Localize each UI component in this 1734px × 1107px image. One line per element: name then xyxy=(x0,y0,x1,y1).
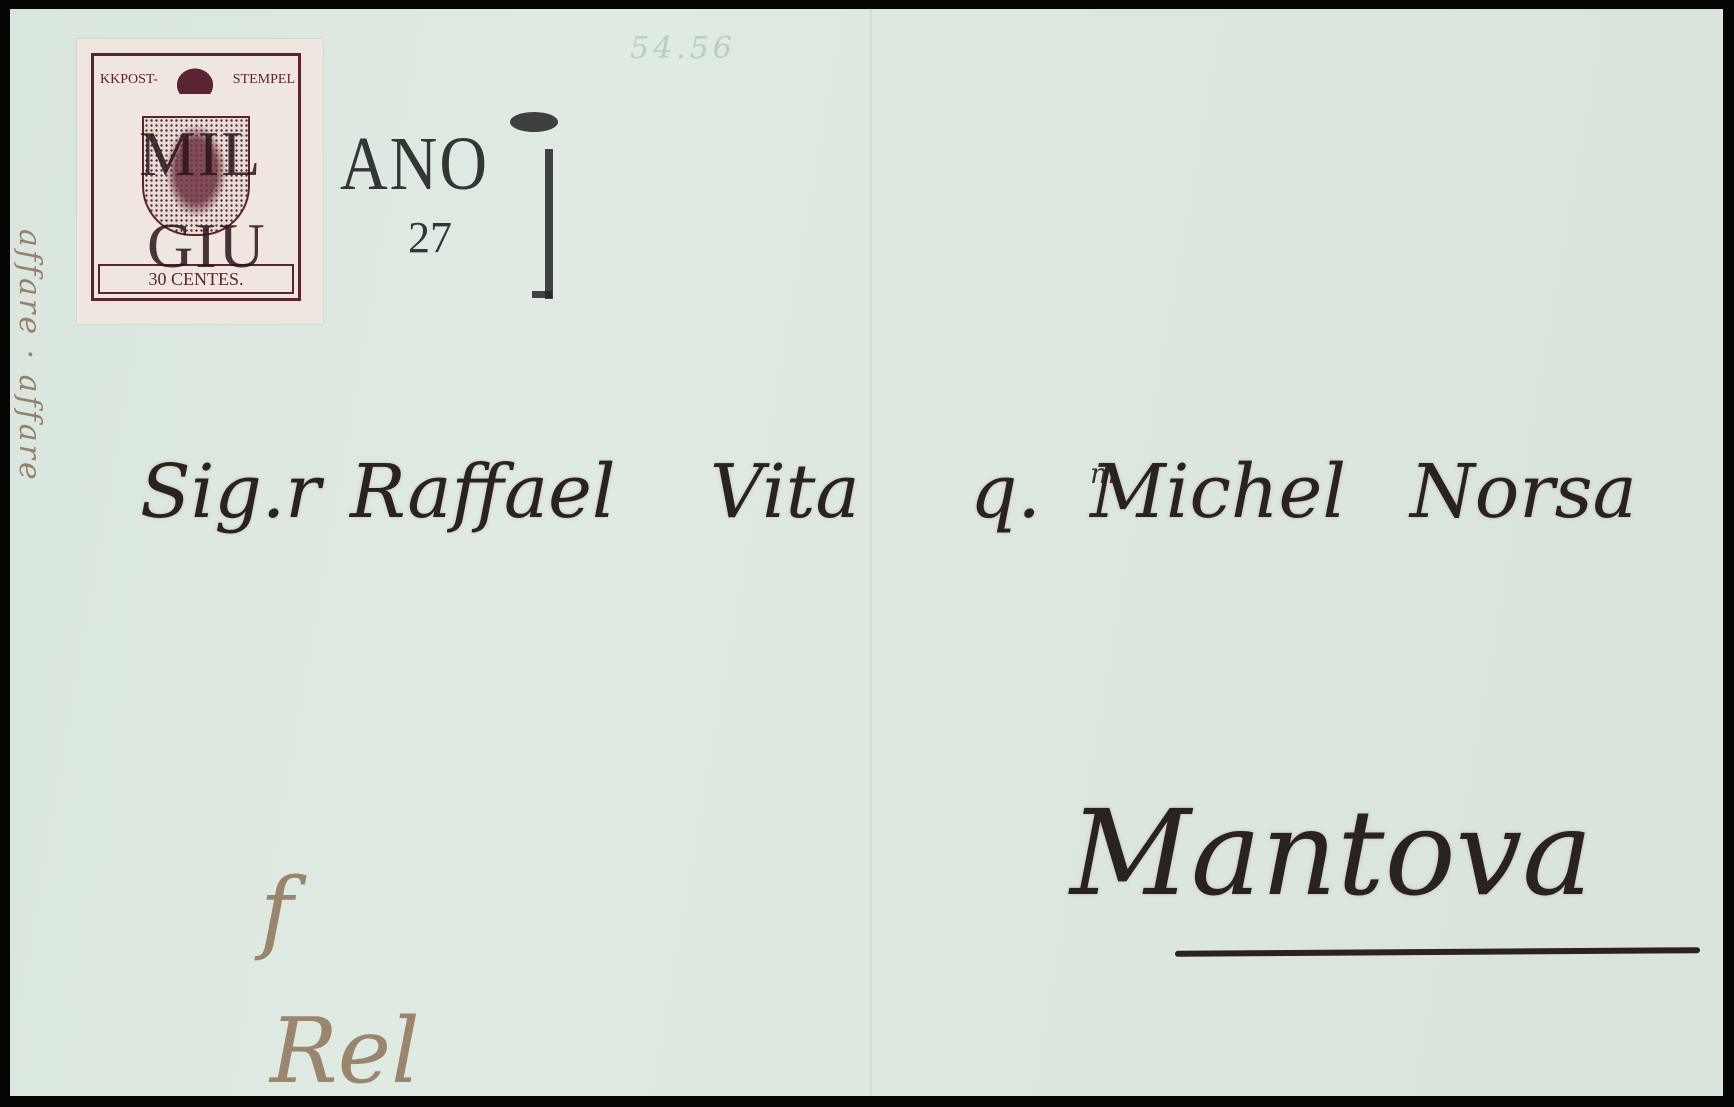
stamp-header: KKPOST- STEMPEL xyxy=(100,72,295,88)
cancel-text-top: MIL xyxy=(139,117,262,191)
margin-note-left: affare · affare xyxy=(12,229,47,483)
bottom-scribble-2: Rel xyxy=(270,999,420,1096)
postmark-bracket-foot xyxy=(532,291,552,298)
postmark-day: 27 xyxy=(408,212,452,263)
address-father-name: Michel xyxy=(1090,449,1346,535)
pencil-note: 54.56 xyxy=(630,31,736,66)
paper-fold xyxy=(870,9,872,1096)
city-underline xyxy=(1175,947,1700,957)
stamp-header-left: KKPOST- xyxy=(100,72,158,88)
postmark-bracket xyxy=(545,149,553,299)
bottom-scribble-1: f xyxy=(260,859,293,964)
address-first-name: Raffael xyxy=(350,449,616,535)
address-last-name: Vita xyxy=(710,449,860,535)
address-salutation: Sig.r xyxy=(140,449,321,535)
postal-cover: 54.56 KKPOST- STEMPEL 30 CENTES. MIL GIU… xyxy=(10,9,1723,1096)
postage-stamp: KKPOST- STEMPEL 30 CENTES. MIL GIU xyxy=(77,39,323,324)
cancel-text-bottom: GIU xyxy=(147,209,267,283)
stamp-header-right: STEMPEL xyxy=(233,72,295,88)
address-connector: q. xyxy=(970,449,1041,535)
image-frame: 54.56 KKPOST- STEMPEL 30 CENTES. MIL GIU… xyxy=(0,0,1734,1107)
address-family-name: Norsa xyxy=(1410,449,1637,535)
postmark-city: ANO xyxy=(340,121,489,208)
address-city: Mantova xyxy=(1070,784,1593,922)
postmark-mark xyxy=(510,112,558,132)
